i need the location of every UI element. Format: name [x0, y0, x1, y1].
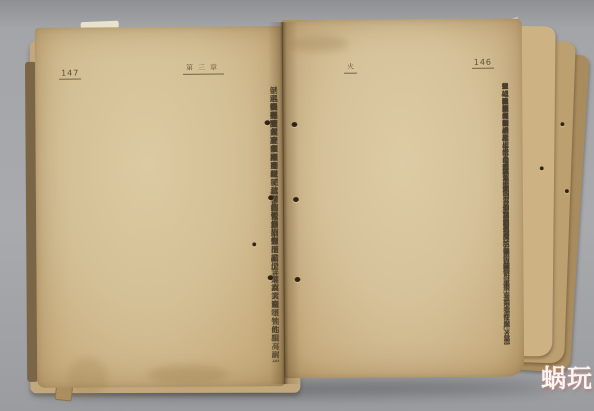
wormhole — [560, 122, 564, 126]
binding-hole — [264, 120, 270, 125]
watermark: 蜗玩 — [541, 366, 593, 391]
left-page: 147 第三章 倒跟田先生差不多。」 「我想我要是像他那樣子，我一天真不想活了。… — [35, 26, 285, 388]
open-book: 147 第三章 倒跟田先生差不多。」 「我想我要是像他那樣子，我一天真不想活了。… — [21, 8, 586, 406]
binding-hole — [294, 277, 300, 282]
left-page-text: 倒跟田先生差不多。」 「我想我要是像他那樣子，我一天真不想活了。」文淑又說：「他… — [61, 86, 279, 364]
right-page: 火 146 「不是朋友。」田惠世連忙應道。他便替他們介紹：「這位是朱小姐，在××… — [282, 18, 524, 378]
wormhole — [565, 189, 569, 193]
right-page-number: 146 — [472, 59, 494, 69]
right-running-title: 火 — [344, 64, 357, 74]
wormhole — [252, 242, 256, 246]
paper-stain — [147, 365, 227, 386]
left-running-title: 第三章 — [183, 65, 224, 75]
text-column: 她哈哈笑起來。 — [500, 83, 508, 134]
photo-background: 147 第三章 倒跟田先生差不多。」 「我想我要是像他那樣子，我一天真不想活了。… — [0, 0, 594, 411]
paper-stain — [67, 357, 107, 397]
left-page-number: 147 — [59, 70, 81, 80]
binding-hole — [291, 122, 297, 127]
wormhole — [540, 166, 544, 170]
binding-hole — [268, 195, 274, 200]
right-page-text: 「不是朋友。」田惠世連忙應道。他便替他們介紹：「這位是朱小姐，在××大學唸 書。… — [296, 83, 510, 346]
binding-hole — [293, 197, 299, 202]
binding-hole — [267, 275, 273, 280]
